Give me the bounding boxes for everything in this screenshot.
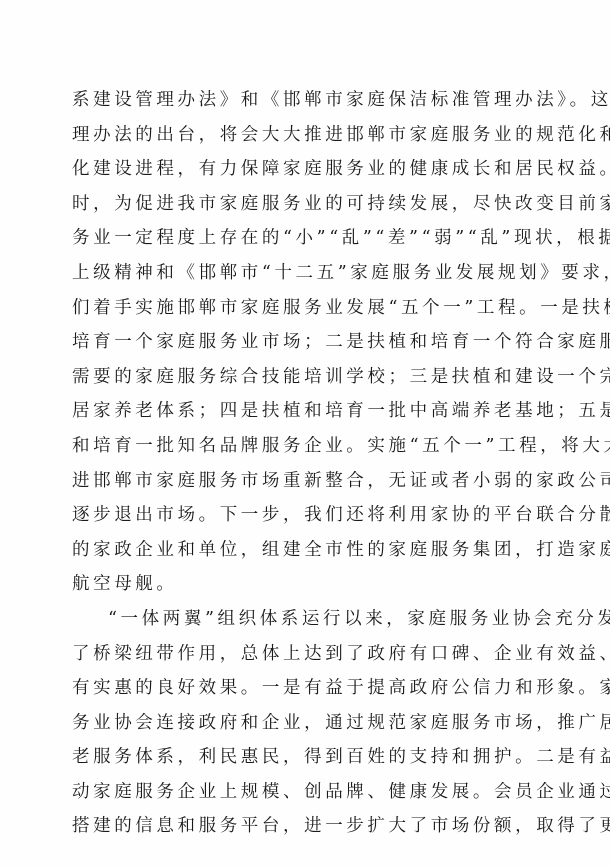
text-line: 需要的家庭服务综合技能培训学校；三是扶植和建设一个完整的: [72, 360, 542, 395]
text-line: 理办法的出台，将会大大推进邯郸市家庭服务业的规范化和标准: [72, 118, 542, 153]
text-line: “一体两翼”组织体系运行以来，家庭服务业协会充分发挥: [72, 602, 542, 637]
text-line: 时，为促进我市家庭服务业的可持续发展，尽快改变目前家庭服: [72, 187, 542, 222]
text-line: 务业一定程度上存在的“小”“乱”“差”“弱”“乱”现状，根据: [72, 221, 542, 256]
text-line: 和培育一批知名品牌服务企业。实施“五个一”工程，将大大促: [72, 429, 542, 464]
text-line: 们着手实施邯郸市家庭服务业发展“五个一”工程。一是扶植和: [72, 291, 542, 326]
document-body: 系建设管理办法》和《邯郸市家庭保洁标准管理办法》。这些管 理办法的出台，将会大大…: [72, 83, 542, 844]
text-line: 化建设进程，有力保障家庭服务业的健康成长和居民权益。同: [72, 152, 542, 187]
text-line: 居家养老体系；四是扶植和培育一批中高端养老基地；五是扶植: [72, 394, 542, 429]
text-line: 进邯郸市家庭服务市场重新整合，无证或者小弱的家政公司将会: [72, 464, 542, 499]
paragraph-2: “一体两翼”组织体系运行以来，家庭服务业协会充分发挥 了桥梁纽带作用，总体上达到…: [72, 602, 542, 844]
text-line: 有实惠的良好效果。一是有益于提高政府公信力和形象。家庭服: [72, 671, 542, 706]
paragraph-1: 系建设管理办法》和《邯郸市家庭保洁标准管理办法》。这些管 理办法的出台，将会大大…: [72, 83, 542, 602]
text-line: 的家政企业和单位，组建全市性的家庭服务集团，打造家庭服务: [72, 533, 542, 568]
text-line: 培育一个家庭服务业市场；二是扶植和培育一个符合家庭服务业: [72, 325, 542, 360]
text-line: 上级精神和《邯郸市“十二五”家庭服务业发展规划》要求，我: [72, 256, 542, 291]
document-page: 系建设管理办法》和《邯郸市家庭保洁标准管理办法》。这些管 理办法的出台，将会大大…: [0, 0, 610, 867]
text-line: 老服务体系，利民惠民，得到百姓的支持和拥护。二是有益于推: [72, 740, 542, 775]
text-line: 系建设管理办法》和《邯郸市家庭保洁标准管理办法》。这些管: [72, 83, 542, 118]
text-line: 务业协会连接政府和企业，通过规范家庭服务市场，推广居家养: [72, 706, 542, 741]
text-line: 动家庭服务企业上规模、创品牌、健康发展。会员企业通过协会: [72, 775, 542, 810]
text-line: 航空母舰。: [72, 567, 542, 602]
text-line: 搭建的信息和服务平台，进一步扩大了市场份额，取得了更好的: [72, 809, 542, 844]
text-line: 逐步退出市场。下一步，我们还将利用家协的平台联合分散弱小: [72, 498, 542, 533]
text-line: 了桥梁纽带作用，总体上达到了政府有口碑、企业有效益、百姓: [72, 637, 542, 672]
